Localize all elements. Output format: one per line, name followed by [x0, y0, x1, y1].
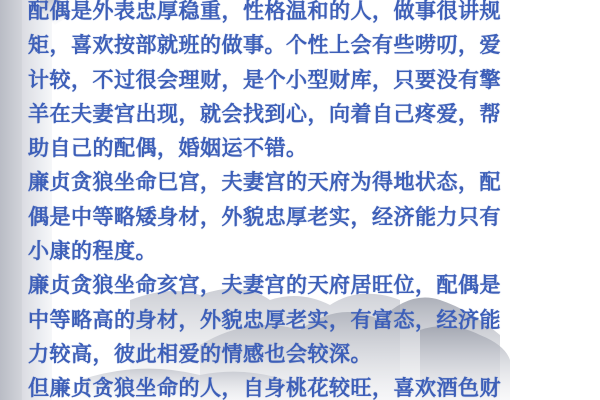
- text-line: 但廉贞贪狼坐命的人，自身桃花较旺，喜欢酒色财: [28, 371, 548, 400]
- text-line: 计较，不过很会理财，是个小型财库，只要没有擎: [28, 63, 548, 97]
- text-line: 小康的程度。: [28, 234, 548, 268]
- article-text: 配偶是外表忠厚稳重，性格温和的人，做事很讲规 矩，喜欢按部就班的做事。个性上会有…: [28, 0, 548, 400]
- text-line: 廉贞贪狼坐命亥宫，夫妻宫的天府居旺位，配偶是: [28, 268, 548, 302]
- text-line: 力较高，彼此相爱的情感也会较深。: [28, 337, 548, 371]
- text-line: 助自己的配偶，婚姻运不错。: [28, 131, 548, 165]
- text-line: 廉贞贪狼坐命巳宫，夫妻宫的天府为得地状态，配: [28, 165, 548, 199]
- right-fade-decoration: [540, 0, 600, 400]
- text-line: 配偶是外表忠厚稳重，性格温和的人，做事很讲规: [28, 0, 548, 28]
- text-line: 中等略高的身材，外貌忠厚老实，有富态，经济能: [28, 303, 548, 337]
- text-line: 偶是中等略矮身材，外貌忠厚老实，经济能力只有: [28, 200, 548, 234]
- text-line: 矩，喜欢按部就班的做事。个性上会有些唠叨，爱: [28, 28, 548, 62]
- text-line: 羊在夫妻宫出现，就会找到心，向着自己疼爱，帮: [28, 97, 548, 131]
